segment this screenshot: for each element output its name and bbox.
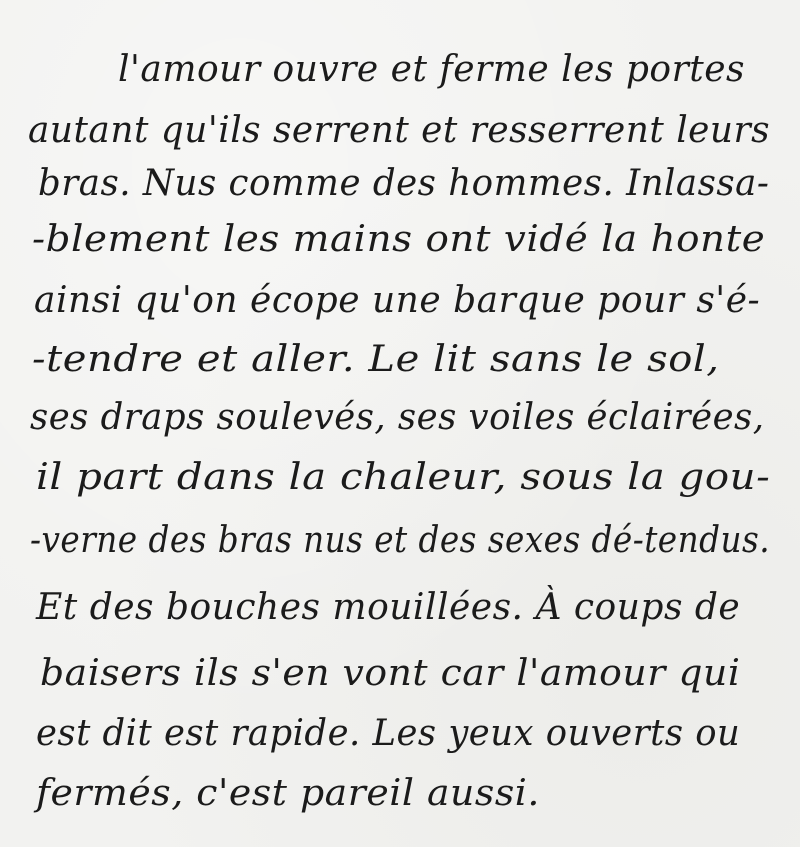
manuscript-line: bras. Nus comme des hommes. Inlassa- — [38, 166, 769, 202]
manuscript-line: -blement les mains ont vidé la honte — [32, 222, 765, 258]
manuscript-line: il part dans la chaleur, sous la gou- — [36, 460, 770, 496]
manuscript-line: fermés, c'est pareil aussi. — [36, 776, 540, 812]
manuscript-line: l'amour ouvre et ferme les portes — [118, 52, 745, 88]
manuscript-line: autant qu'ils serrent et resserrent leur… — [28, 113, 770, 149]
manuscript-line: ainsi qu'on écope une barque pour s'é- — [34, 283, 760, 319]
manuscript-line: Et des bouches mouillées. À coups de — [36, 590, 740, 626]
manuscript-line: ses draps soulevés, ses voiles éclairées… — [30, 400, 765, 436]
manuscript-page: l'amour ouvre et ferme les portes autant… — [0, 0, 800, 847]
manuscript-line: -tendre et aller. Le lit sans le sol, — [32, 342, 720, 378]
manuscript-line: baisers ils s'en vont car l'amour qui — [40, 656, 740, 692]
manuscript-line: -verne des bras nus et des sexes dé-tend… — [30, 523, 770, 559]
manuscript-line: est dit est rapide. Les yeux ouverts ou — [36, 716, 740, 752]
